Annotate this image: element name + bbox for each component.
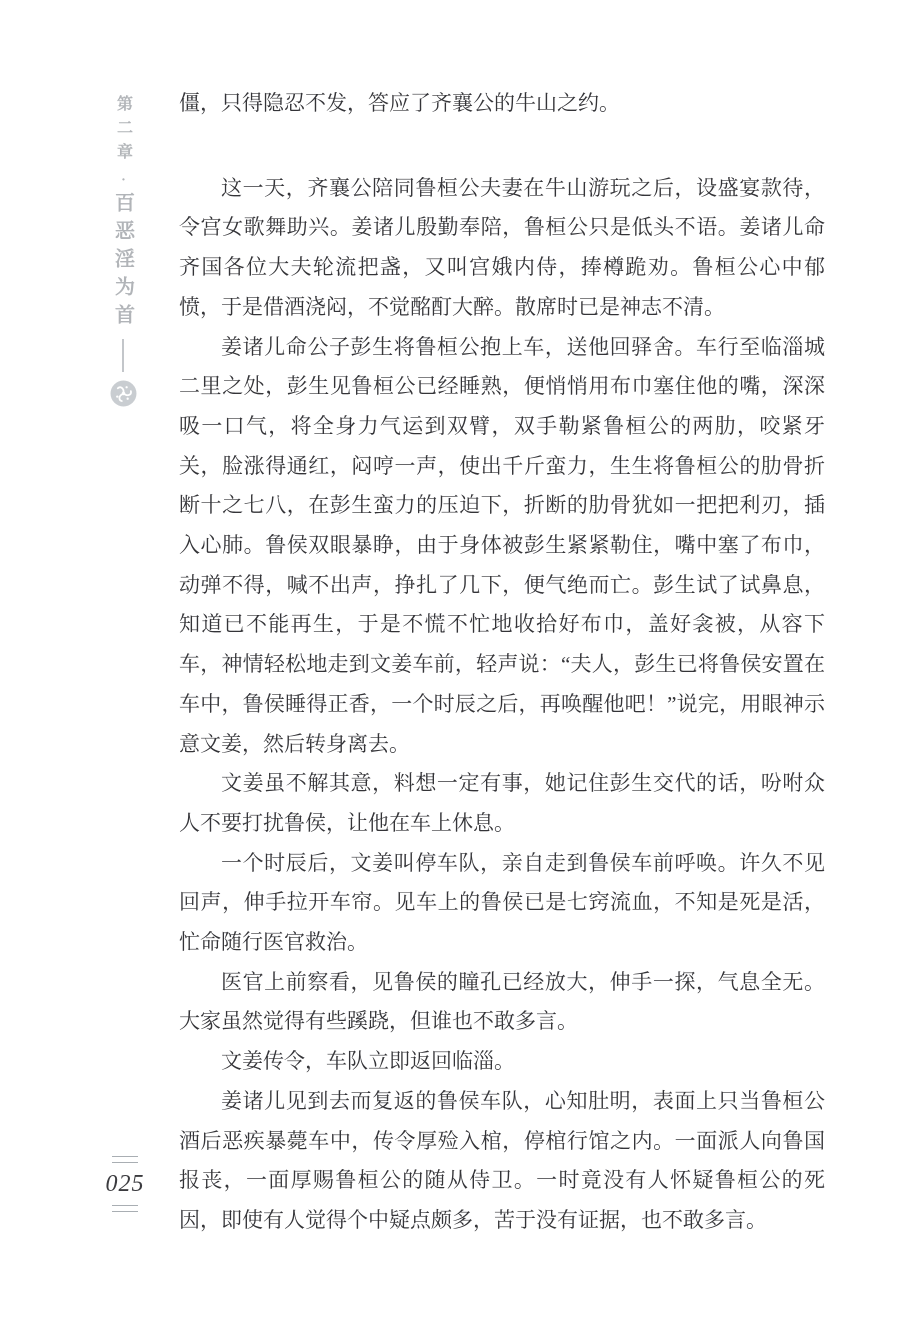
body-paragraph: 医官上前察看，见鲁侯的瞳孔已经放大，伸手一探，气息全无。大家虽然觉得有些蹊跷，但… — [179, 963, 825, 1042]
page-number-block: 025 — [101, 1156, 149, 1212]
swirl-medallion-icon — [110, 380, 137, 407]
chapter-sidebar: 第二章 · 百恶淫为首 — [103, 95, 143, 407]
page-number: 025 — [101, 1172, 149, 1196]
chapter-number-label: 第二章 — [112, 95, 135, 167]
chapter-rule-line — [122, 339, 124, 372]
book-page: 第二章 · 百恶淫为首 僵，只得隐忍不发，答应了齐襄公的牛山之约。 这一天，齐襄… — [0, 0, 913, 1338]
body-paragraph: 姜诸儿命公子彭生将鲁桓公抱上车，送他回驿舍。车行至临淄城二里之处，彭生见鲁桓公已… — [179, 328, 825, 765]
chapter-title-label: 百恶淫为首 — [109, 192, 138, 332]
double-rule-bottom — [112, 1205, 138, 1212]
body-paragraph: 文姜传令，车队立即返回临淄。 — [179, 1042, 825, 1082]
body-paragraph: 文姜虽不解其意，料想一定有事，她记住彭生交代的话，吩咐众人不要打扰鲁侯，让他在车… — [179, 764, 825, 843]
double-rule-top — [112, 1156, 138, 1163]
chapter-separator-dot: · — [116, 173, 130, 188]
body-paragraph: 姜诸儿见到去而复返的鲁侯车队，心知肚明，表面上只当鲁桓公酒后恶疾暴薨车中，传令厚… — [179, 1082, 825, 1241]
body-paragraph: 这一天，齐襄公陪同鲁桓公夫妻在牛山游玩之后，设盛宴款待，令宫女歌舞助兴。姜诸儿殷… — [179, 169, 825, 328]
body-text: 僵，只得隐忍不发，答应了齐襄公的牛山之约。 这一天，齐襄公陪同鲁桓公夫妻在牛山游… — [179, 84, 825, 1241]
body-paragraph: 僵，只得隐忍不发，答应了齐襄公的牛山之约。 — [179, 84, 825, 124]
body-paragraph: 一个时辰后，文姜叫停车队，亲自走到鲁侯车前呼唤。许久不见回声，伸手拉开车帘。见车… — [179, 844, 825, 963]
